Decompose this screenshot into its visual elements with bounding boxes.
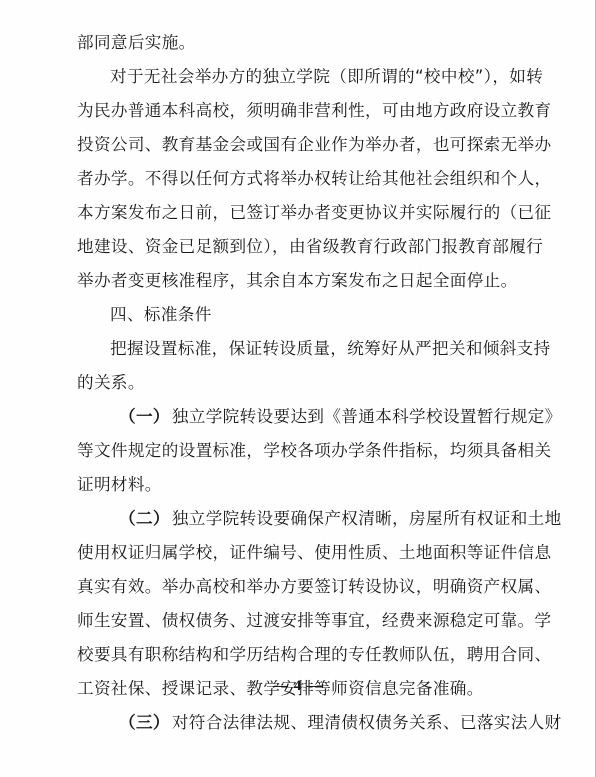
list-item-2: （二） 独立学院转设要确保产权清晰，房屋所有权证和土地	[119, 507, 521, 531]
item-text-2: 独立学院转设要确保产权清晰，房屋所有权证和土地	[172, 507, 562, 531]
item-label-3: （三）	[119, 711, 170, 735]
paragraph-line: 把握设置标准，保证转设质量，统筹好从严把关和倾斜支持	[110, 337, 521, 361]
paragraph-line: 师生安置、债权债务、过渡安排等事宜，经费来源稳定可靠。学	[77, 609, 521, 633]
paragraph-line: 部同意后实施。	[77, 31, 196, 55]
item-label-2: （二）	[119, 507, 170, 531]
page-number: — 4 —	[0, 678, 596, 695]
paragraph-line: 使用权证归属学校，证件编号、使用性质、土地面积等证件信息	[77, 541, 521, 565]
list-item-1: （一） 独立学院转设要达到《普通本科学校设置暂行规定》	[119, 405, 521, 429]
paragraph-line: 的关系。	[77, 371, 145, 395]
item-text-3: 对符合法律法规、理清债权债务关系、已落实法人财	[172, 711, 562, 735]
paragraph-line: 地建设、资金已足额到位），由省级教育行政部门报教育部履行	[77, 235, 521, 259]
item-label-1: （一）	[119, 405, 170, 429]
paragraph-line: 本方案发布之日前，已签订举办者变更协议并实际履行的（已征	[77, 201, 521, 225]
paragraph-line: 真实有效。举办高校和举办方要签订转设协议，明确资产权属、	[77, 575, 521, 599]
paragraph-line: 等文件规定的设置标准，学校各项办学条件指标，均须具备相关	[77, 439, 521, 463]
paragraph-line: 证明材料。	[77, 473, 162, 497]
paragraph-line: 者办学。不得以任何方式将举办权转让给其他社会组织和个人，	[77, 167, 521, 191]
paragraph-line: 投资公司、教育基金会或国有企业作为举办者，也可探索无举办	[77, 133, 521, 157]
list-item-3: （三） 对符合法律法规、理清债权债务关系、已落实法人财	[119, 711, 521, 735]
paragraph-line: 为民办普通本科高校，须明确非营利性，可由地方政府设立教育	[77, 99, 521, 123]
paragraph-line: 校要具有职称结构和学历结构合理的专任教师队伍，聘用合同、	[77, 643, 521, 667]
paragraph-line: 对于无社会举办方的独立学院（即所谓的“校中校”），如转	[110, 65, 521, 89]
item-text-1: 独立学院转设要达到《普通本科学校设置暂行规定》	[172, 405, 562, 429]
section-heading: 四、标准条件	[110, 303, 212, 327]
paragraph-line: 举办者变更核准程序，其余自本方案发布之日起全面停止。	[77, 269, 518, 293]
